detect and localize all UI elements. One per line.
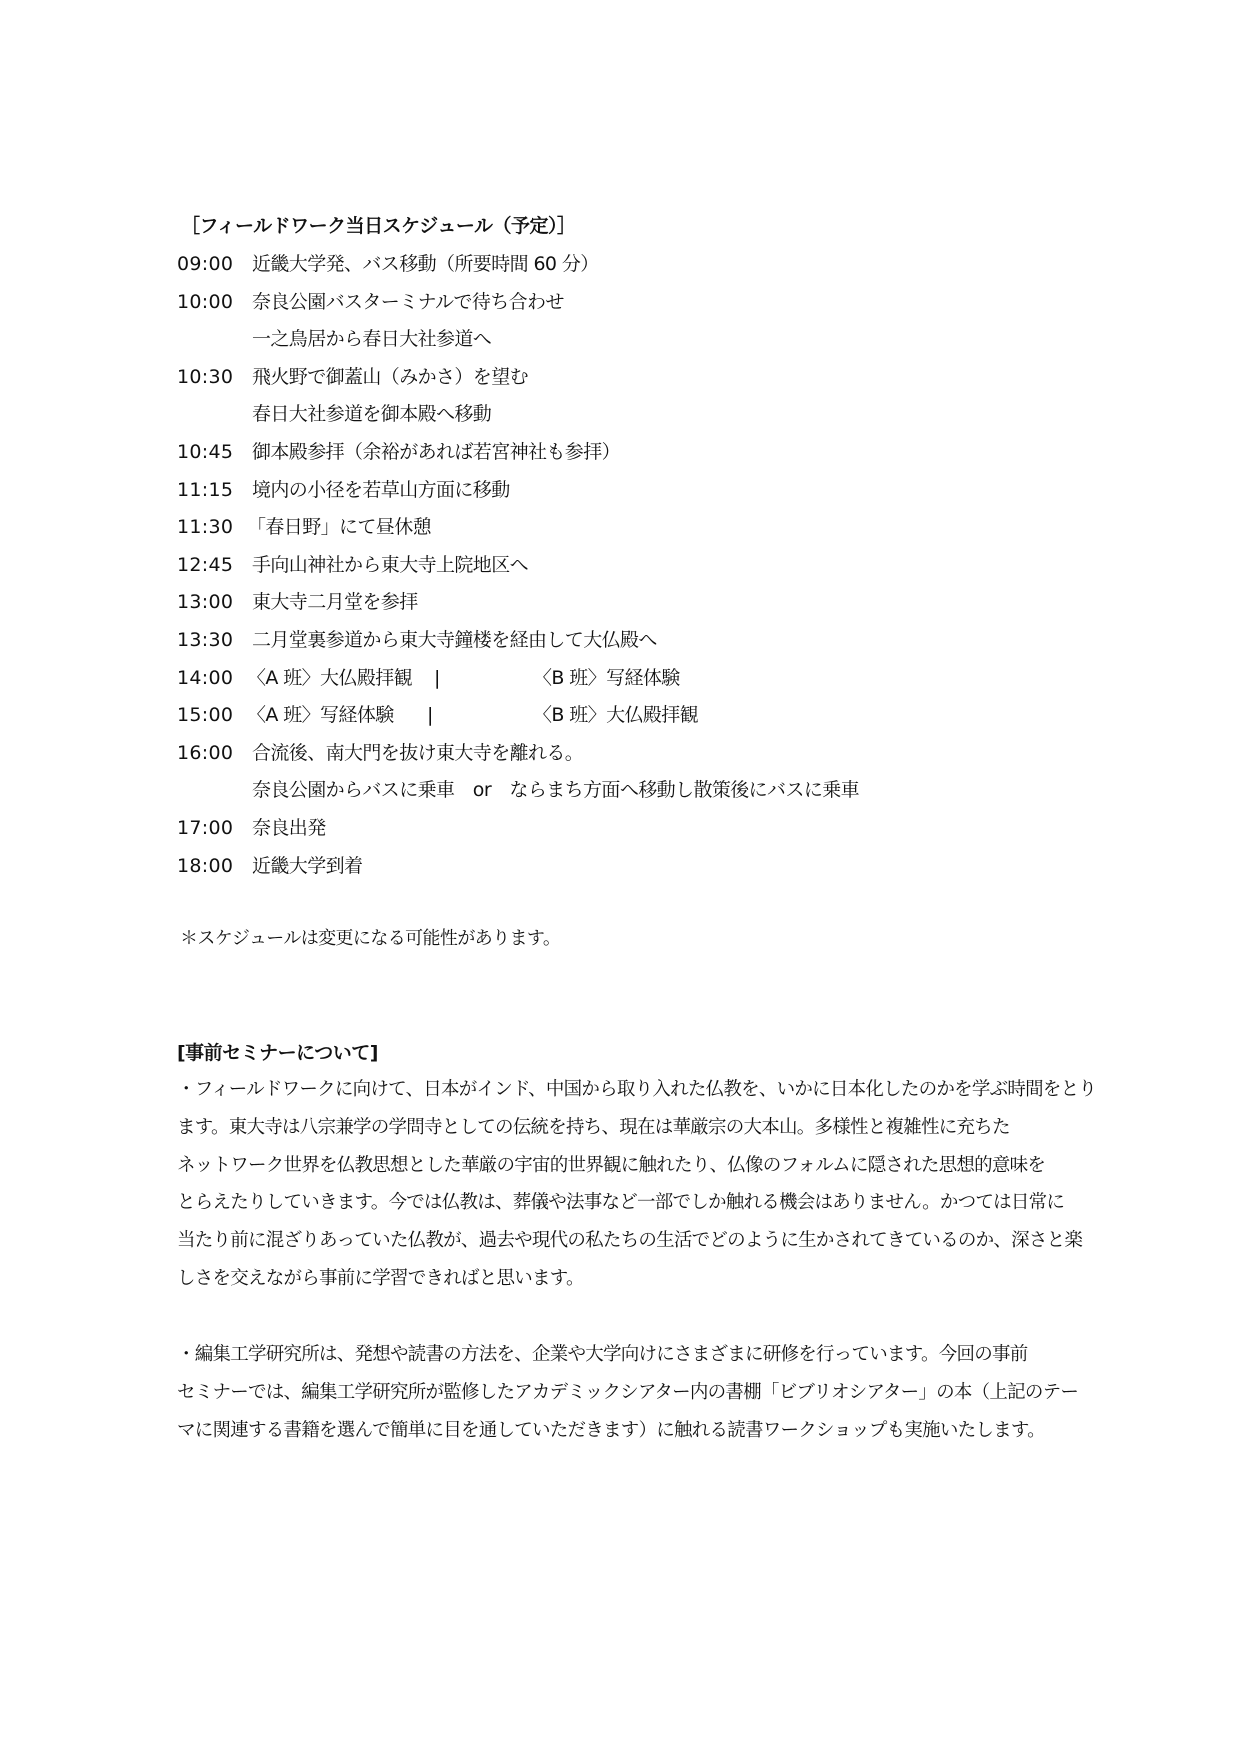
schedule-time: 12:45: [177, 553, 249, 577]
schedule-text: 近畿大学発、バス移動（所要時間 60 分）: [252, 252, 599, 276]
schedule-time: 16:00: [177, 741, 249, 765]
paragraph-line: ネットワーク世界を仏教思想とした華厳の宇宙的世界観に触れたり、仏像のフォルムに隠…: [177, 1154, 1077, 1192]
paragraph-line: マに関連する書籍を選んで簡単に目を通していただきます）に触れる読書ワークショップ…: [177, 1419, 1077, 1457]
schedule-text: 御本殿参拝（余裕があれば若宮神社も参拝）: [252, 440, 620, 464]
seminar-paragraph-workshop: ・編集工学研究所は、発想や読書の方法を、企業や大学向けにさまざまに研修を行ってい…: [177, 1343, 1077, 1456]
group-a-activity: 〈A 班〉写経体験: [247, 703, 394, 727]
schedule-text: 春日大社参道を御本殿へ移動: [252, 402, 491, 426]
group-b-activity: 〈B 班〉写経体験: [533, 666, 680, 690]
schedule-text: 東大寺二月堂を参拝: [252, 590, 418, 614]
paragraph-line: とらえたりしていきます。今では仏教は、葬儀や法事など一部でしか触れる機会はありま…: [177, 1191, 1077, 1229]
schedule-time: 18:00: [177, 854, 249, 878]
group-b-activity: 〈B 班〉大仏殿拝観: [533, 703, 698, 727]
schedule-change-note: ＊スケジュールは変更になる可能性があります。: [180, 927, 560, 951]
schedule-time: 15:00: [177, 703, 249, 727]
paragraph-line: しさを交えながら事前に学習できればと思います。: [177, 1267, 1077, 1305]
group-separator: |: [427, 703, 433, 727]
schedule-time: 13:30: [177, 628, 249, 652]
schedule-text: 飛火野で御蓋山（みかさ）を望む: [252, 365, 528, 389]
seminar-heading: [事前セミナーについて]: [177, 1041, 378, 1065]
schedule-time: 10:30: [177, 365, 249, 389]
seminar-paragraph-buddhism: ・フィールドワークに向けて、日本がインド、中国から取り入れた仏教を、いかに日本化…: [177, 1078, 1077, 1305]
schedule-text: 手向山神社から東大寺上院地区へ: [252, 553, 528, 577]
schedule-text: 奈良公園からバスに乗車 or ならまち方面へ移動し散策後にバスに乗車: [252, 778, 859, 802]
document-page: ［フィールドワーク当日スケジュール（予定）］ 09:00 近畿大学発、バス移動（…: [0, 0, 1241, 1755]
schedule-text: 一之鳥居から春日大社参道へ: [252, 327, 491, 351]
paragraph-line: ・編集工学研究所は、発想や読書の方法を、企業や大学向けにさまざまに研修を行ってい…: [177, 1343, 1077, 1381]
schedule-text: 「春日野」にて昼休憩: [247, 515, 431, 539]
schedule-time: 09:00: [177, 252, 249, 276]
paragraph-line: ます。東大寺は八宗兼学の学問寺としての伝統を持ち、現在は華厳宗の大本山。多様性と…: [177, 1116, 1077, 1154]
paragraph-line: ・フィールドワークに向けて、日本がインド、中国から取り入れた仏教を、いかに日本化…: [177, 1078, 1077, 1116]
schedule-text: 境内の小径を若草山方面に移動: [252, 478, 510, 502]
schedule-text: 奈良公園バスターミナルで待ち合わせ: [252, 290, 564, 314]
paragraph-line: 当たり前に混ざりあっていた仏教が、過去や現代の私たちの生活でどのように生かされて…: [177, 1229, 1077, 1267]
schedule-text: 二月堂裏参道から東大寺鐘楼を経由して大仏殿へ: [252, 628, 657, 652]
schedule-text: 合流後、南大門を抜け東大寺を離れる。: [252, 741, 583, 765]
schedule-text: 近畿大学到着: [252, 854, 362, 878]
schedule-time: 10:45: [177, 440, 249, 464]
schedule-time: 17:00: [177, 816, 249, 840]
schedule-text: 奈良出発: [252, 816, 326, 840]
schedule-time: 13:00: [177, 590, 249, 614]
schedule-heading: ［フィールドワーク当日スケジュール（予定）］: [181, 214, 575, 238]
schedule-time: 11:30: [177, 515, 249, 539]
group-a-activity: 〈A 班〉大仏殿拝観: [247, 666, 412, 690]
schedule-time: 10:00: [177, 290, 249, 314]
group-separator: |: [434, 666, 440, 690]
schedule-time: 11:15: [177, 478, 249, 502]
paragraph-line: セミナーでは、編集工学研究所が監修したアカデミックシアター内の書棚「ビブリオシア…: [177, 1381, 1077, 1419]
schedule-time: 14:00: [177, 666, 249, 690]
